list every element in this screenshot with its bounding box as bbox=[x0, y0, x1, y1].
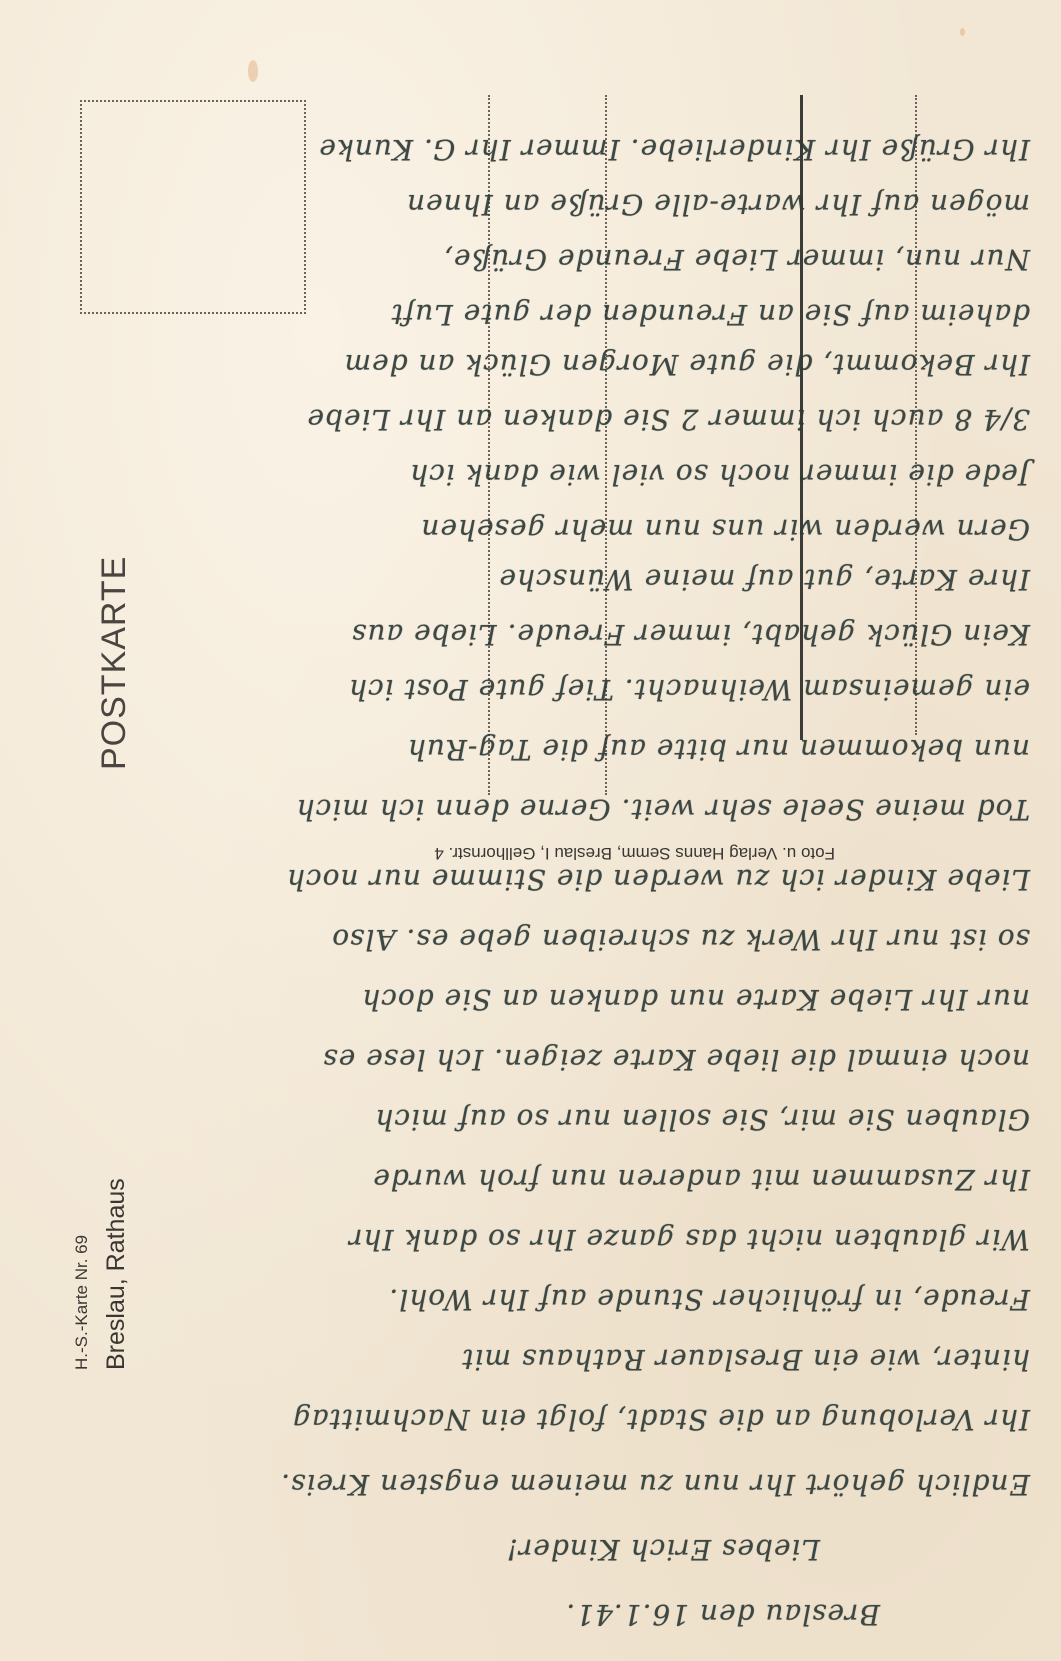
publisher-imprint: Foto u. Verlag Hanns Semm, Breslau I, Ge… bbox=[434, 843, 835, 863]
paper-stain bbox=[248, 60, 258, 82]
handwritten-line: nun bekommen nur bitte auf die Tag-Ruh bbox=[30, 735, 1030, 763]
handwritten-line: Glauben Sie mir, Sie sollen nur so auf m… bbox=[30, 1105, 1030, 1133]
handwritten-line: Ihr Zusammen mit anderen nun froh wurde bbox=[30, 1165, 1030, 1193]
handwritten-line: so ist nur Ihr Werk zu schreiben gebe es… bbox=[30, 925, 1030, 953]
handwritten-line: Ihr Bekommt, die gute Morgen Glück an de… bbox=[30, 350, 1030, 378]
handwritten-line: Gern werden wir uns nun mehr gesehen bbox=[30, 515, 1030, 543]
handwritten-line: Tod meine Seele sehr weit. Gerne denn ic… bbox=[30, 795, 1030, 823]
handwritten-line: hinter, wie ein Breslauer Rathaus mit bbox=[30, 1345, 1030, 1373]
handwritten-line: Ihr Verlobung an die Stadt, folgt ein Na… bbox=[30, 1405, 1030, 1433]
handwritten-line: Ihre Karte, gut auf meine Wünsche bbox=[30, 565, 1030, 593]
postcard-back: POSTKARTE H.-S.-Karte Nr. 69 Breslau, Ra… bbox=[0, 0, 1061, 1661]
handwritten-line: Liebe Kinder ich zu werden die Stimme nu… bbox=[30, 865, 1030, 893]
handwritten-line: Kein Glück gehabt, immer Freude. Liebe a… bbox=[30, 620, 1030, 648]
handwritten-line: nur Ihr Liebe Karte nun danken an Sie do… bbox=[30, 985, 1030, 1013]
handwritten-line: mögen auf Ihr warte-alle Grüße an Ihnen bbox=[30, 190, 1030, 218]
handwritten-line: Endlich gehört Ihr nun zu meinem engsten… bbox=[30, 1470, 1030, 1498]
paper-stain bbox=[960, 28, 965, 36]
handwritten-line: Nur nun, immer Liebe Freunde Grüße, bbox=[30, 245, 1030, 273]
handwritten-line: Breslau den 16.1.41. bbox=[0, 1600, 880, 1628]
handwritten-line: Freude, in fröhlicher Stunde auf Ihr Woh… bbox=[30, 1285, 1030, 1313]
handwritten-line: 3/4 8 auch ich immer 2 Sie danken an Ihr… bbox=[30, 405, 1030, 433]
handwritten-line: ein gemeinsam Weihnacht. Tief gute Post … bbox=[30, 675, 1030, 703]
card-title: Breslau, Rathaus bbox=[102, 1178, 131, 1370]
handwritten-line: Liebes Erich Kinder! bbox=[0, 1535, 820, 1563]
handwritten-line: Jede die immer noch so viel wie dank ich bbox=[30, 460, 1030, 488]
handwritten-line: Ihr Grüße Ihr Kinderliebe. Immer Ihr G. … bbox=[30, 135, 1030, 163]
handwritten-line: daheim auf Sie an Freunden der gute Luft bbox=[30, 300, 1030, 328]
handwritten-line: noch einmal die liebe Karte zeigen. Ich … bbox=[30, 1045, 1030, 1073]
handwritten-line: Wir glaubten nicht das ganze Ihr so dank… bbox=[30, 1225, 1030, 1253]
